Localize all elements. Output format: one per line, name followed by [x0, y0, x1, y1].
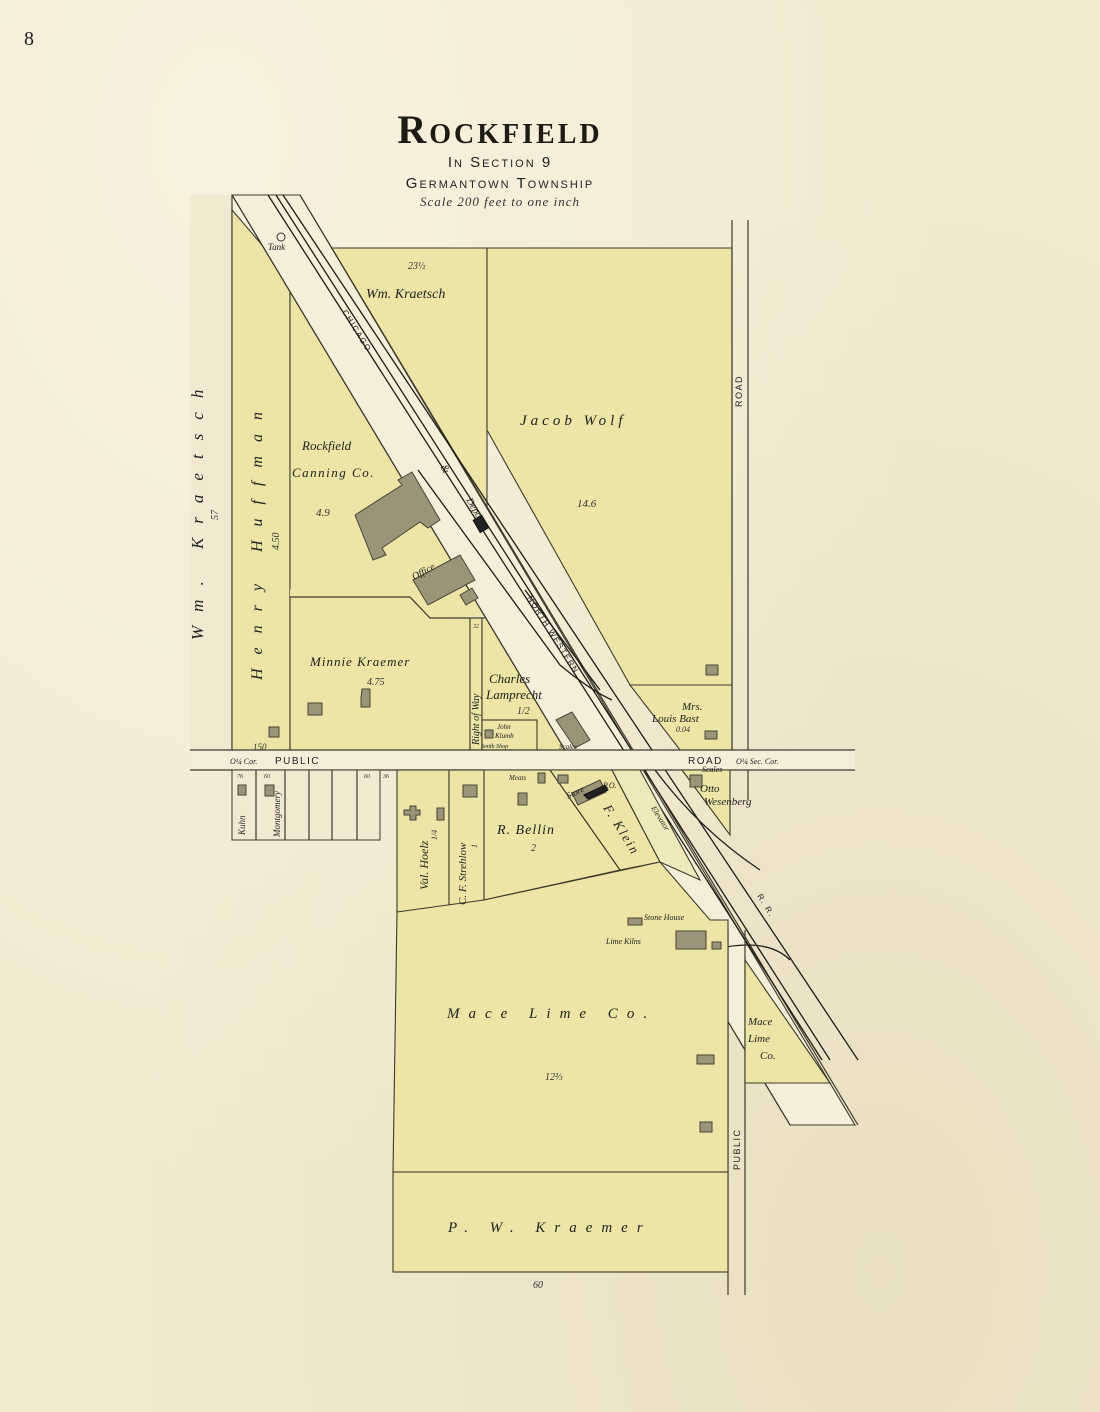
edge-henry-huffman: 150	[253, 742, 267, 752]
label-henry-huffman: Henry Huffman	[249, 398, 266, 681]
label-east-road: ROAD	[734, 375, 744, 407]
hoelz-barn[interactable]	[437, 808, 444, 820]
label-lime-kilns: Lime Kilns	[605, 937, 641, 946]
label-montgomery: Montgomery	[272, 791, 282, 838]
label-kuhn: Kuhn	[237, 815, 247, 836]
mace-lime-building[interactable]	[697, 1055, 714, 1064]
label-post-office: P.O.	[602, 781, 617, 790]
frontage-montgomery: 60	[264, 774, 270, 780]
label-right-of-way: Right of Way	[471, 693, 482, 746]
frontage-lot-a: 60	[364, 774, 370, 780]
kiln-shed[interactable]	[712, 942, 721, 949]
label-r-bellin: R. Bellin	[496, 823, 555, 838]
kraemer-house[interactable]	[308, 703, 322, 715]
acres-cf-strehlow: 1	[470, 844, 479, 848]
acres-wm-kraetsch-west: 57	[210, 509, 221, 520]
bast-building[interactable]	[705, 731, 717, 739]
label-wesenberg-scales: Scales	[702, 765, 722, 774]
mace-lime-building-2[interactable]	[700, 1122, 712, 1132]
acres-val-hoelz: 1/4	[430, 830, 439, 840]
label-bast-line2: Louis Bast	[651, 713, 700, 725]
plat-map: Wm. Kraetsch 57 Henry Huffman 4.50 150 W…	[0, 0, 1100, 1412]
label-klumb-line1: John	[497, 723, 511, 731]
acres-lamprecht: 1/2	[517, 706, 530, 717]
acres-r-bellin: 2	[531, 843, 536, 854]
kraemer-barn[interactable]	[361, 689, 370, 707]
label-tank: Tank	[268, 242, 286, 252]
acres-minnie-kraemer: 4.75	[367, 677, 385, 688]
lime-kilns[interactable]	[676, 931, 706, 949]
acres-henry-huffman: 4.50	[271, 533, 282, 551]
label-val-hoelz: Val. Hoelz	[417, 840, 431, 890]
label-lamprecht-scales: Scales	[559, 743, 577, 751]
label-south-public-road: PUBLIC	[732, 1128, 742, 1170]
label-lamprecht-line1: Charles	[489, 671, 530, 686]
wolf-building[interactable]	[706, 665, 718, 675]
label-canning-co-line1: Rockfield	[301, 438, 352, 453]
label-quarter-sec-cor: O¼ Sec. Cor.	[736, 757, 778, 766]
label-lamprecht-line2: Lamprecht	[485, 687, 542, 702]
label-mace-lime-east-1: Mace	[747, 1016, 773, 1028]
strehlow-house[interactable]	[463, 785, 477, 797]
acres-mace-lime-co: 12⅔	[545, 1072, 563, 1083]
width-pw-kraemer: 60	[533, 1280, 543, 1291]
klumb-building[interactable]	[485, 730, 493, 738]
label-smith-shop: Smith Shop	[481, 744, 508, 750]
acres-bast: 0.04	[676, 725, 690, 734]
meats-shop[interactable]	[538, 773, 545, 783]
label-jacob-wolf: Jacob Wolf	[520, 413, 627, 429]
klein-shed[interactable]	[558, 775, 568, 783]
width-right-of-way: 32	[472, 624, 479, 630]
label-stone-house: Stone House	[644, 913, 685, 922]
label-mace-lime-east-2: Lime	[747, 1033, 770, 1045]
bellin-house[interactable]	[518, 793, 527, 805]
frontage-kuhn: 76	[237, 774, 243, 780]
acres-jacob-wolf: 14.6	[577, 498, 597, 510]
stone-house[interactable]	[628, 918, 642, 925]
label-bast-line1: Mrs.	[681, 701, 702, 713]
label-minnie-kraemer: Minnie Kraemer	[309, 654, 410, 669]
small-lots-block	[232, 770, 380, 840]
label-public-road-west: PUBLIC	[275, 756, 320, 767]
label-wesenberg-line1: Otto	[700, 783, 720, 795]
label-wesenberg-line2: Wesenberg	[704, 796, 752, 808]
label-meats: Meats	[508, 774, 526, 782]
kuhn-building[interactable]	[238, 785, 246, 795]
label-pw-kraemer: P. W. Kraemer	[447, 1220, 652, 1236]
acres-canning-co: 4.9	[316, 507, 330, 519]
label-cf-strehlow: C. F. Strehlow	[457, 842, 469, 905]
label-wm-kraetsch-west: Wm. Kraetsch	[188, 376, 207, 640]
label-klumb-line2: Klumb	[494, 732, 514, 740]
parcel-minnie-kraemer[interactable]	[290, 597, 470, 750]
label-mace-lime-east-3: Co.	[760, 1050, 776, 1062]
label-canning-co-line2: Canning Co.	[292, 465, 375, 480]
label-rr-rr: R. R.	[755, 892, 776, 919]
frontage-lot-b: 36	[382, 774, 389, 780]
label-mace-lime-co: Mace Lime Co.	[446, 1006, 656, 1022]
acres-wm-kraetsch-north: 23½	[408, 261, 426, 272]
huffman-building[interactable]	[269, 727, 279, 737]
label-quarter-cor-west: O¼ Cor.	[230, 757, 257, 766]
label-wm-kraetsch-north: Wm. Kraetsch	[366, 287, 445, 302]
